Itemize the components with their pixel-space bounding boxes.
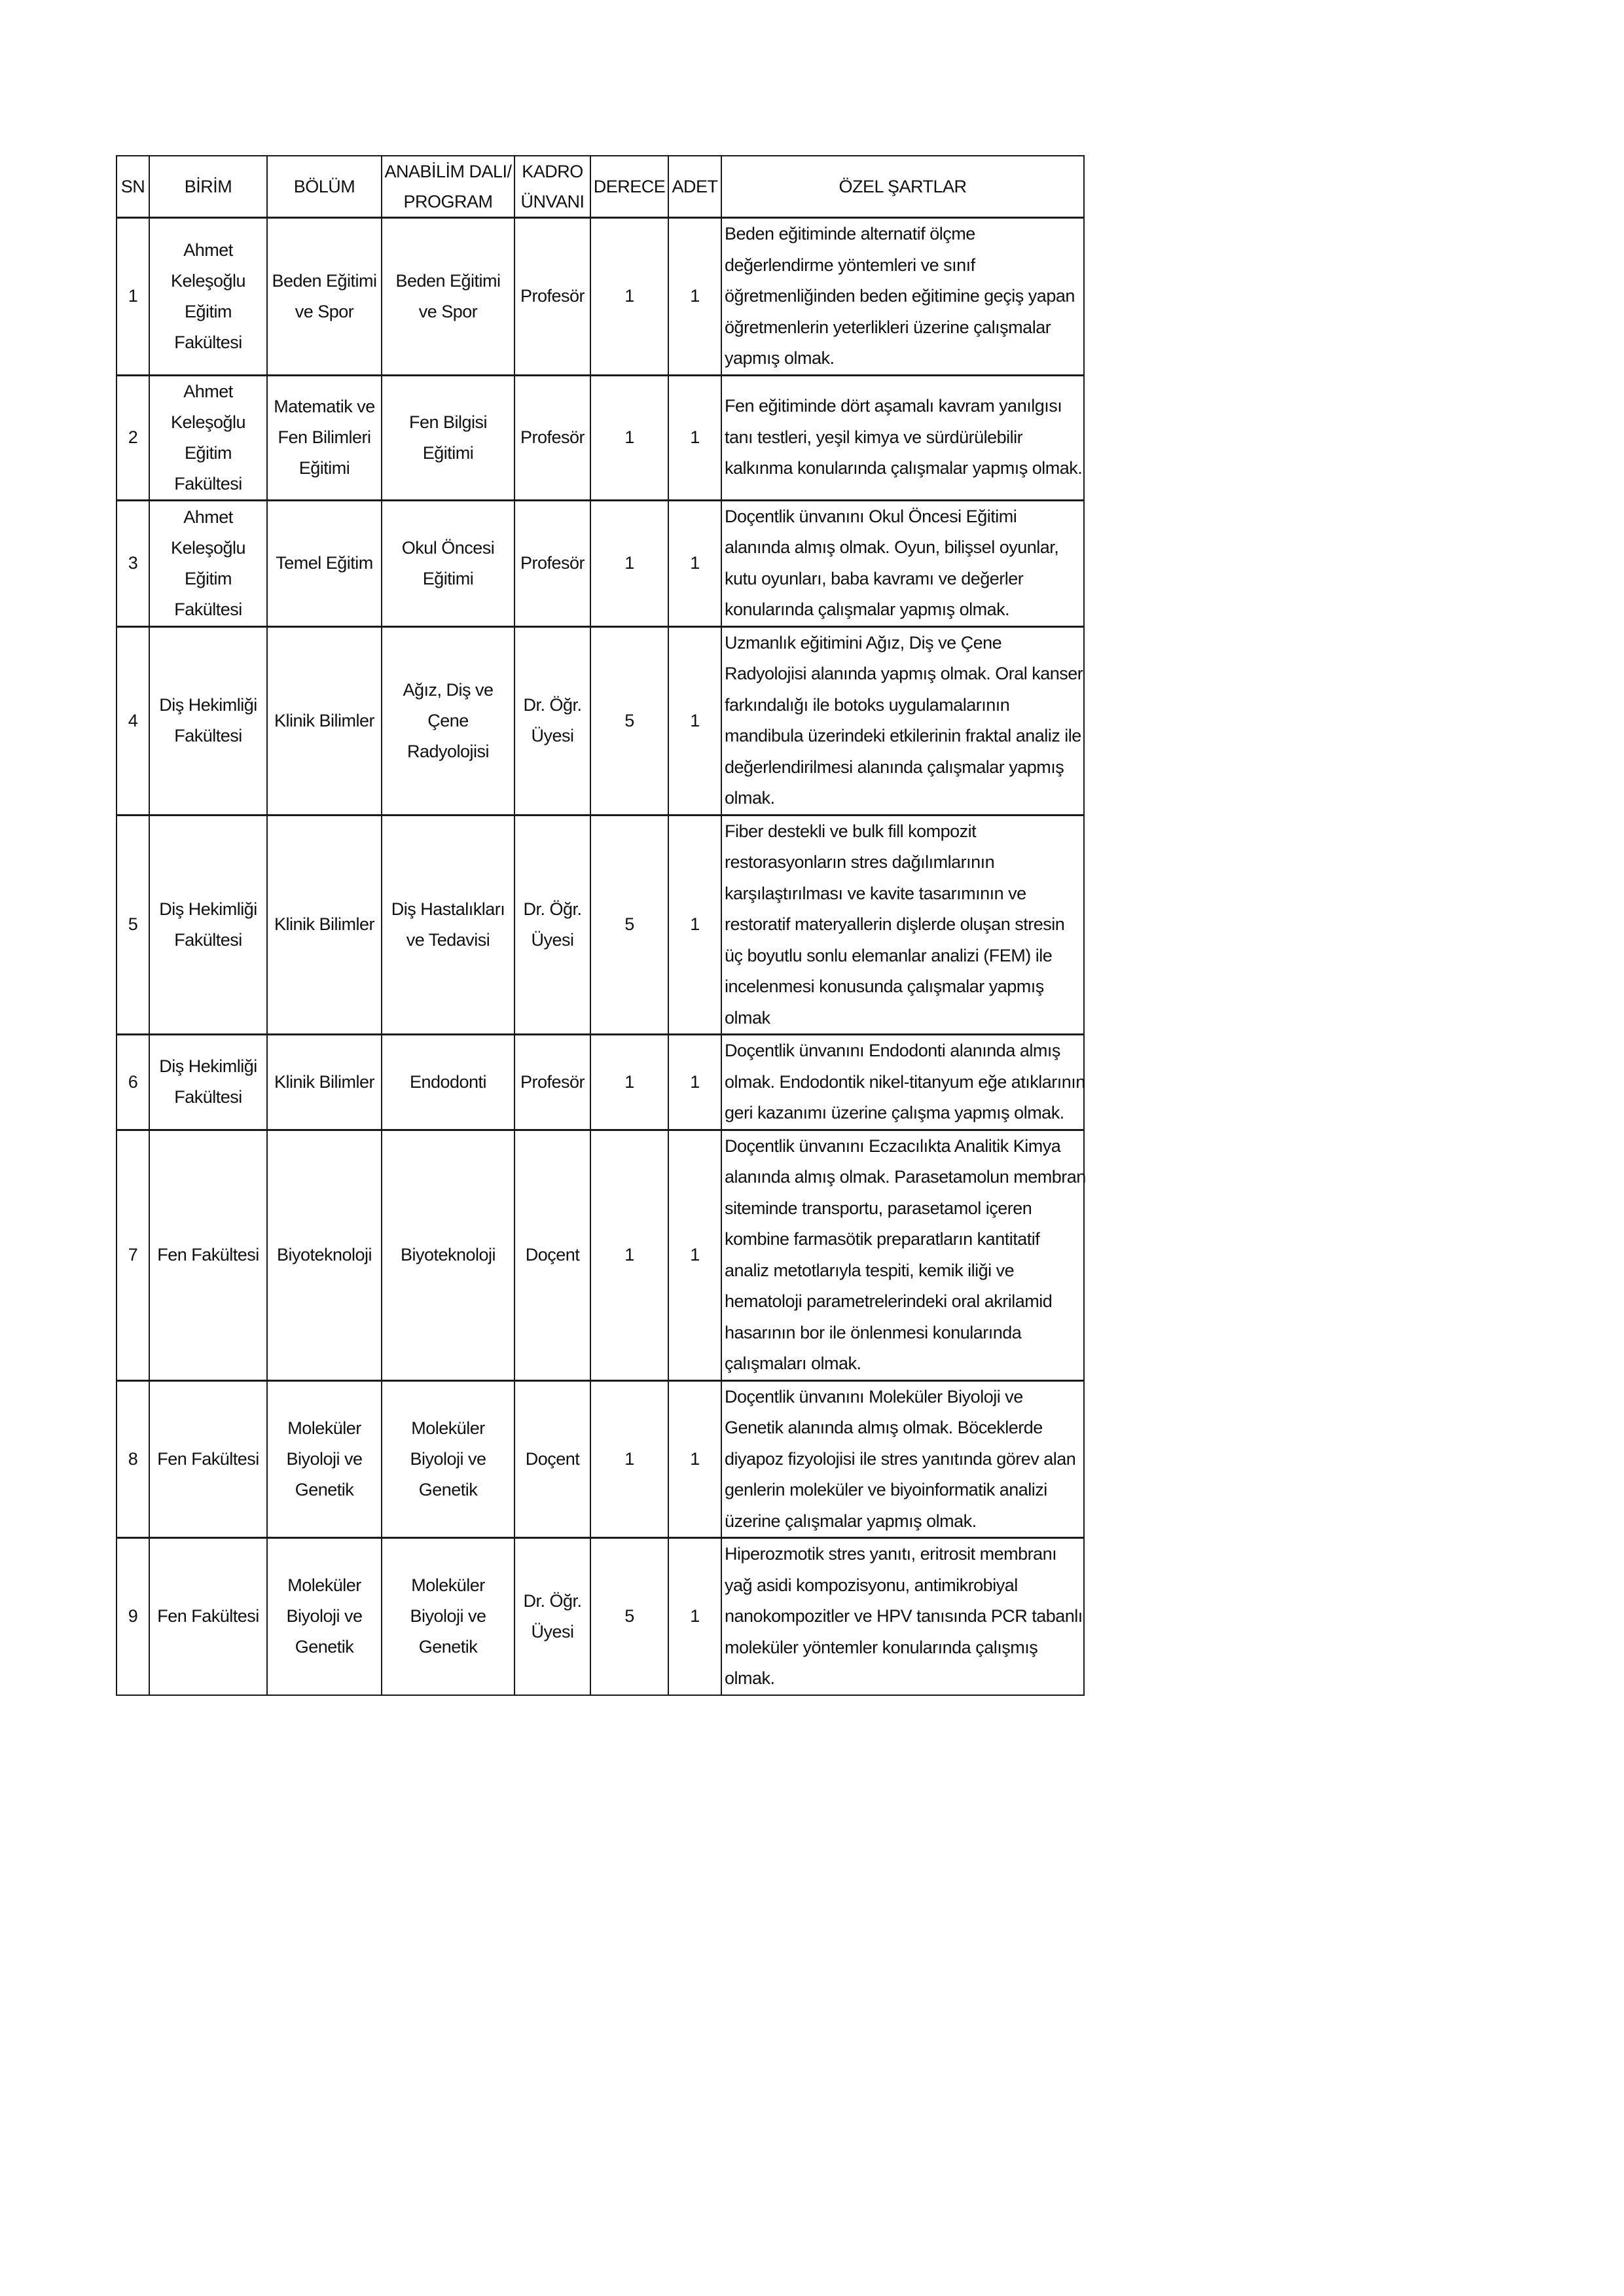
table-row: 4Diş HekimliğiFakültesiKlinik BilimlerAğ… [117, 626, 1084, 815]
cell-kadro-unvani: Profesör [514, 375, 590, 500]
ozel-sartlar-line: üç boyutlu sonlu elemanlar analizi (FEM)… [725, 941, 1081, 972]
cell-sn: 6 [117, 1035, 149, 1130]
cell-bolum-line: Biyoteknoloji [270, 1240, 379, 1270]
cell-ozel-sartlar: Uzmanlık eğitimini Ağız, Diş ve ÇeneRady… [721, 626, 1084, 815]
cell-birim: AhmetKeleşoğluEğitimFakültesi [149, 500, 267, 626]
ozel-sartlar-line: analiz metotlarıyla tespiti, kemik iliği… [725, 1255, 1081, 1287]
cell-birim-line: Fakültesi [152, 594, 264, 625]
cell-kadro-unvani-line: Dr. Öğr. [517, 1586, 588, 1617]
cell-anabilim-dali: Okul ÖncesiEğitimi [382, 500, 514, 626]
ozel-sartlar-line: nanokompozitler ve HPV tanısında PCR tab… [725, 1601, 1081, 1632]
cell-bolum: Klinik Bilimler [267, 815, 382, 1035]
ozel-sartlar-line: Beden eğitiminde alternatif ölçme [725, 219, 1081, 250]
table-body: 1AhmetKeleşoğluEğitimFakültesiBeden Eğit… [117, 218, 1084, 1695]
cell-bolum: Temel Eğitim [267, 500, 382, 626]
cell-derece: 1 [590, 1380, 668, 1538]
ozel-sartlar-line: yağ asidi kompozisyonu, antimikrobiyal [725, 1570, 1081, 1602]
cell-anabilim-dali-line: Çene [384, 706, 512, 736]
header-kadro-unvani: KADRO ÜNVANI [514, 156, 590, 218]
cell-bolum-line: Moleküler [270, 1413, 379, 1444]
cell-bolum-line: Genetik [270, 1475, 379, 1505]
cell-bolum-line: Biyoloji ve [270, 1444, 379, 1475]
cell-kadro-unvani-line: Profesör [517, 548, 588, 579]
cell-adet: 1 [668, 218, 721, 376]
cell-birim-line: Ahmet [152, 376, 264, 407]
table-row: 9Fen FakültesiMolekülerBiyoloji veGeneti… [117, 1538, 1084, 1695]
cell-bolum-line: Temel Eğitim [270, 548, 379, 579]
cell-birim-line: Fakültesi [152, 327, 264, 358]
cell-anabilim-dali: MolekülerBiyoloji veGenetik [382, 1380, 514, 1538]
cell-adet: 1 [668, 1035, 721, 1130]
cell-birim: AhmetKeleşoğluEğitimFakültesi [149, 218, 267, 376]
cell-anabilim-dali-line: ve Tedavisi [384, 925, 512, 956]
cell-anabilim-dali: Beden Eğitimive Spor [382, 218, 514, 376]
ozel-sartlar-line: Doçentlik ünvanını Eczacılıkta Analitik … [725, 1131, 1081, 1162]
cell-bolum-line: Biyoloji ve [270, 1601, 379, 1632]
cell-bolum: Beden Eğitimive Spor [267, 218, 382, 376]
table-row: 7Fen FakültesiBiyoteknolojiBiyoteknoloji… [117, 1130, 1084, 1380]
header-kadro-line: KADRO [517, 156, 588, 187]
cell-anabilim-dali-line: Moleküler [384, 1570, 512, 1601]
ozel-sartlar-line: Hiperozmotik stres yanıtı, eritrosit mem… [725, 1539, 1081, 1570]
cell-birim-line: Fakültesi [152, 1082, 264, 1113]
cell-birim-line: Fen Fakültesi [152, 1601, 264, 1632]
cell-birim-line: Fakültesi [152, 469, 264, 499]
cell-bolum-line: Klinik Bilimler [270, 909, 379, 940]
cell-derece: 1 [590, 1035, 668, 1130]
cell-bolum: Biyoteknoloji [267, 1130, 382, 1380]
cell-kadro-unvani: Doçent [514, 1380, 590, 1538]
cell-sn: 9 [117, 1538, 149, 1695]
ozel-sartlar-line: konularında çalışmalar yapmış olmak. [725, 594, 1081, 626]
cell-birim-line: Keleşoğlu [152, 266, 264, 296]
cell-anabilim-dali-line: Fen Bilgisi [384, 407, 512, 438]
cell-adet: 1 [668, 500, 721, 626]
ozel-sartlar-line: Fiber destekli ve bulk fill kompozit [725, 816, 1081, 848]
cell-bolum-line: Fen Bilimleri [270, 422, 379, 453]
ozel-sartlar-line: Radyolojisi alanında yapmış olmak. Oral … [725, 658, 1081, 690]
cell-kadro-unvani: Dr. Öğr.Üyesi [514, 626, 590, 815]
cell-derece: 1 [590, 500, 668, 626]
cell-anabilim-dali: Fen BilgisiEğitimi [382, 375, 514, 500]
ozel-sartlar-line: alanında almış olmak. Parasetamolun memb… [725, 1162, 1081, 1193]
cell-kadro-unvani: Profesör [514, 1035, 590, 1130]
ozel-sartlar-line: değerlendirilmesi alanında çalışmalar ya… [725, 752, 1081, 783]
ozel-sartlar-line: hasarının bor ile önlenmesi konularında [725, 1318, 1081, 1349]
header-kadro-line: ÜNVANI [517, 187, 588, 217]
cell-ozel-sartlar: Hiperozmotik stres yanıtı, eritrosit mem… [721, 1538, 1084, 1695]
ozel-sartlar-line: olmak. [725, 783, 1081, 814]
header-row: SN BİRİM BÖLÜM ANABİLİM DALI/ PROGRAM KA… [117, 156, 1084, 218]
cell-anabilim-dali-line: Eğitimi [384, 564, 512, 594]
ozel-sartlar-line: siteminde transportu, parasetamol içeren [725, 1193, 1081, 1225]
table-row: 6Diş HekimliğiFakültesiKlinik BilimlerEn… [117, 1035, 1084, 1130]
cell-kadro-unvani: Profesör [514, 218, 590, 376]
cell-birim-line: Diş Hekimliği [152, 1051, 264, 1082]
cell-sn: 4 [117, 626, 149, 815]
cell-adet: 1 [668, 1380, 721, 1538]
ozel-sartlar-line: geri kazanımı üzerine çalışma yapmış olm… [725, 1098, 1081, 1129]
cell-bolum-line: Klinik Bilimler [270, 706, 379, 736]
header-anabilim-dali: ANABİLİM DALI/ PROGRAM [382, 156, 514, 218]
cell-ozel-sartlar: Doçentlik ünvanını Endodonti alanında al… [721, 1035, 1084, 1130]
ozel-sartlar-line: genlerin moleküler ve biyoinformatik ana… [725, 1475, 1081, 1506]
cell-ozel-sartlar: Doçentlik ünvanını Eczacılıkta Analitik … [721, 1130, 1084, 1380]
cell-kadro-unvani: Doçent [514, 1130, 590, 1380]
cell-anabilim-dali: Biyoteknoloji [382, 1130, 514, 1380]
cell-adet: 1 [668, 1130, 721, 1380]
cell-birim: Fen Fakültesi [149, 1380, 267, 1538]
cell-bolum: MolekülerBiyoloji veGenetik [267, 1380, 382, 1538]
cell-kadro-unvani-line: Profesör [517, 281, 588, 312]
cell-anabilim-dali-line: Moleküler [384, 1413, 512, 1444]
cell-kadro-unvani: Profesör [514, 500, 590, 626]
table-row: 1AhmetKeleşoğluEğitimFakültesiBeden Eğit… [117, 218, 1084, 376]
cell-anabilim-dali-line: Biyoloji ve [384, 1601, 512, 1632]
cell-birim: AhmetKeleşoğluEğitimFakültesi [149, 375, 267, 500]
cell-anabilim-dali-line: Endodonti [384, 1067, 512, 1098]
cell-anabilim-dali-line: Diş Hastalıkları [384, 894, 512, 925]
cell-birim-line: Fakültesi [152, 721, 264, 751]
cell-bolum-line: Genetik [270, 1632, 379, 1662]
cell-birim-line: Keleşoğlu [152, 407, 264, 438]
ozel-sartlar-line: yapmış olmak. [725, 343, 1081, 374]
positions-table: SN BİRİM BÖLÜM ANABİLİM DALI/ PROGRAM KA… [116, 155, 1085, 1696]
cell-birim-line: Diş Hekimliği [152, 690, 264, 721]
cell-bolum: Matematik veFen BilimleriEğitimi [267, 375, 382, 500]
header-sn: SN [117, 156, 149, 218]
cell-kadro-unvani: Dr. Öğr.Üyesi [514, 815, 590, 1035]
cell-birim-line: Fen Fakültesi [152, 1240, 264, 1270]
cell-anabilim-dali-line: Eğitimi [384, 438, 512, 469]
cell-anabilim-dali-line: Radyolojisi [384, 736, 512, 767]
cell-anabilim-dali-line: Beden Eğitimi [384, 266, 512, 296]
cell-sn: 5 [117, 815, 149, 1035]
cell-kadro-unvani-line: Doçent [517, 1240, 588, 1270]
cell-birim-line: Eğitim [152, 296, 264, 327]
ozel-sartlar-line: incelenmesi konusunda çalışmalar yapmış [725, 971, 1081, 1003]
ozel-sartlar-line: Genetik alanında almış olmak. Böceklerde [725, 1412, 1081, 1444]
cell-bolum-line: Matematik ve [270, 391, 379, 422]
cell-birim-line: Ahmet [152, 235, 264, 266]
cell-anabilim-dali-line: Biyoloji ve [384, 1444, 512, 1475]
ozel-sartlar-line: kalkınma konularında çalışmalar yapmış o… [725, 453, 1081, 484]
ozel-sartlar-line: çalışmaları olmak. [725, 1348, 1081, 1380]
table-row: 5Diş HekimliğiFakültesiKlinik BilimlerDi… [117, 815, 1084, 1035]
cell-bolum-line: Beden Eğitimi [270, 266, 379, 296]
cell-birim-line: Fakültesi [152, 925, 264, 956]
cell-derece: 5 [590, 815, 668, 1035]
cell-anabilim-dali-line: Biyoteknoloji [384, 1240, 512, 1270]
header-ozel-sartlar: ÖZEL ŞARTLAR [721, 156, 1084, 218]
cell-anabilim-dali: Endodonti [382, 1035, 514, 1130]
ozel-sartlar-line: moleküler yöntemler konularında çalışmış [725, 1632, 1081, 1664]
header-adet: ADET [668, 156, 721, 218]
ozel-sartlar-line: olmak. [725, 1663, 1081, 1695]
cell-anabilim-dali: Ağız, Diş veÇeneRadyolojisi [382, 626, 514, 815]
cell-anabilim-dali-line: Genetik [384, 1632, 512, 1662]
cell-birim: Diş HekimliğiFakültesi [149, 1035, 267, 1130]
cell-adet: 1 [668, 1538, 721, 1695]
ozel-sartlar-line: öğretmenliğinden beden eğitimine geçiş y… [725, 281, 1081, 312]
cell-birim-line: Eğitim [152, 564, 264, 594]
cell-ozel-sartlar: Fiber destekli ve bulk fill kompozitrest… [721, 815, 1084, 1035]
cell-anabilim-dali: MolekülerBiyoloji veGenetik [382, 1538, 514, 1695]
cell-sn: 7 [117, 1130, 149, 1380]
cell-adet: 1 [668, 375, 721, 500]
cell-birim-line: Fen Fakültesi [152, 1444, 264, 1475]
cell-sn: 3 [117, 500, 149, 626]
cell-adet: 1 [668, 815, 721, 1035]
ozel-sartlar-line: hematoloji parametrelerindeki oral akril… [725, 1286, 1081, 1318]
header-anabilim-dali-line: ANABİLİM DALI/ [384, 156, 512, 187]
cell-anabilim-dali-line: Genetik [384, 1475, 512, 1505]
ozel-sartlar-line: üzerine çalışmalar yapmış olmak. [725, 1506, 1081, 1537]
cell-ozel-sartlar: Doçentlik ünvanını Okul Öncesi Eğitimial… [721, 500, 1084, 626]
table-row: 2AhmetKeleşoğluEğitimFakültesiMatematik … [117, 375, 1084, 500]
cell-kadro-unvani-line: Dr. Öğr. [517, 894, 588, 925]
header-bolum: BÖLÜM [267, 156, 382, 218]
cell-derece: 1 [590, 375, 668, 500]
cell-sn: 1 [117, 218, 149, 376]
cell-derece: 5 [590, 626, 668, 815]
ozel-sartlar-line: farkındalığı ile botoks uygulamalarının [725, 690, 1081, 721]
ozel-sartlar-line: Doçentlik ünvanını Okul Öncesi Eğitimi [725, 501, 1081, 533]
cell-bolum: Klinik Bilimler [267, 1035, 382, 1130]
cell-kadro-unvani-line: Profesör [517, 1067, 588, 1098]
cell-birim-line: Diş Hekimliği [152, 894, 264, 925]
cell-birim: Fen Fakültesi [149, 1538, 267, 1695]
cell-birim: Diş HekimliğiFakültesi [149, 815, 267, 1035]
cell-bolum-line: Klinik Bilimler [270, 1067, 379, 1098]
ozel-sartlar-line: Doçentlik ünvanını Endodonti alanında al… [725, 1035, 1081, 1067]
table-row: 8Fen FakültesiMolekülerBiyoloji veGeneti… [117, 1380, 1084, 1538]
cell-derece: 5 [590, 1538, 668, 1695]
cell-bolum: Klinik Bilimler [267, 626, 382, 815]
cell-bolum-line: Eğitimi [270, 453, 379, 484]
ozel-sartlar-line: kombine farmasötik preparatların kantita… [725, 1224, 1081, 1255]
cell-sn: 8 [117, 1380, 149, 1538]
cell-birim: Diş HekimliğiFakültesi [149, 626, 267, 815]
cell-ozel-sartlar: Doçentlik ünvanını Moleküler Biyoloji ve… [721, 1380, 1084, 1538]
header-birim: BİRİM [149, 156, 267, 218]
cell-anabilim-dali-line: ve Spor [384, 296, 512, 327]
header-anabilim-dali-line: PROGRAM [384, 187, 512, 217]
cell-kadro-unvani-line: Üyesi [517, 1617, 588, 1647]
cell-kadro-unvani: Dr. Öğr.Üyesi [514, 1538, 590, 1695]
ozel-sartlar-line: Uzmanlık eğitimini Ağız, Diş ve Çene [725, 628, 1081, 659]
ozel-sartlar-line: mandibula üzerindeki etkilerinin fraktal… [725, 721, 1081, 752]
ozel-sartlar-line: Fen eğitiminde dört aşamalı kavram yanıl… [725, 391, 1081, 422]
header-derece: DERECE [590, 156, 668, 218]
ozel-sartlar-line: değerlendirme yöntemleri ve sınıf [725, 250, 1081, 281]
table-row: 3AhmetKeleşoğluEğitimFakültesiTemel Eğit… [117, 500, 1084, 626]
cell-birim-line: Ahmet [152, 502, 264, 533]
ozel-sartlar-line: karşılaştırılması ve kavite tasarımının … [725, 878, 1081, 910]
cell-kadro-unvani-line: Doçent [517, 1444, 588, 1475]
ozel-sartlar-line: alanında almış olmak. Oyun, bilişsel oyu… [725, 532, 1081, 564]
ozel-sartlar-line: olmak [725, 1003, 1081, 1034]
cell-sn: 2 [117, 375, 149, 500]
cell-kadro-unvani-line: Profesör [517, 422, 588, 453]
ozel-sartlar-line: restoratif materyallerin dişlerde oluşan… [725, 909, 1081, 941]
cell-bolum-line: Moleküler [270, 1570, 379, 1601]
cell-ozel-sartlar: Beden eğitiminde alternatif ölçmedeğerle… [721, 218, 1084, 376]
ozel-sartlar-line: diyapoz fizyolojisi ile stres yanıtında … [725, 1444, 1081, 1475]
ozel-sartlar-line: tanı testleri, yeşil kimya ve sürdürüleb… [725, 422, 1081, 454]
cell-adet: 1 [668, 626, 721, 815]
ozel-sartlar-line: olmak. Endodontik nikel-titanyum eğe atı… [725, 1067, 1081, 1098]
ozel-sartlar-line: restorasyonların stres dağılımlarının [725, 847, 1081, 878]
ozel-sartlar-line: Doçentlik ünvanını Moleküler Biyoloji ve [725, 1382, 1081, 1413]
cell-birim-line: Eğitim [152, 438, 264, 469]
cell-birim: Fen Fakültesi [149, 1130, 267, 1380]
cell-bolum: MolekülerBiyoloji veGenetik [267, 1538, 382, 1695]
cell-kadro-unvani-line: Dr. Öğr. [517, 690, 588, 721]
cell-derece: 1 [590, 1130, 668, 1380]
cell-bolum-line: ve Spor [270, 296, 379, 327]
cell-birim-line: Keleşoğlu [152, 533, 264, 564]
cell-kadro-unvani-line: Üyesi [517, 925, 588, 956]
cell-ozel-sartlar: Fen eğitiminde dört aşamalı kavram yanıl… [721, 375, 1084, 500]
cell-anabilim-dali-line: Ağız, Diş ve [384, 675, 512, 706]
cell-kadro-unvani-line: Üyesi [517, 721, 588, 751]
cell-anabilim-dali: Diş Hastalıklarıve Tedavisi [382, 815, 514, 1035]
cell-anabilim-dali-line: Okul Öncesi [384, 533, 512, 564]
ozel-sartlar-line: öğretmenlerin yeterlikleri üzerine çalış… [725, 312, 1081, 344]
ozel-sartlar-line: kutu oyunları, baba kavramı ve değerler [725, 564, 1081, 595]
cell-derece: 1 [590, 218, 668, 376]
